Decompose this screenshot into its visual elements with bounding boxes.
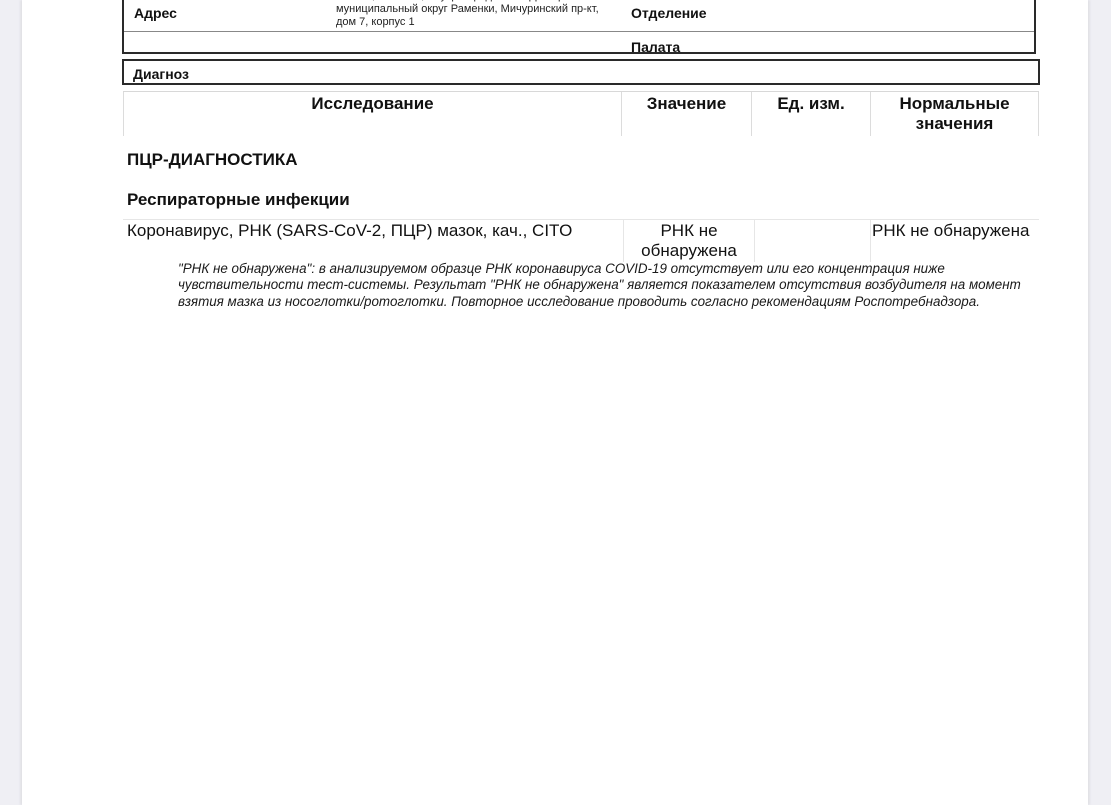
info-divider [124,31,1034,32]
address-value: 119602, Москва г, Внутригородская террит… [336,0,626,29]
column-header-reference: Нормальные значения [870,92,1039,136]
unit-cell [754,220,870,262]
reference-cell: РНК не обнаружена [870,220,1042,262]
patient-info-box: Адрес 119602, Москва г, Внутригородская … [122,0,1036,54]
address-label: Адрес [134,5,177,21]
ward-label: Палата [631,39,680,55]
result-note: "РНК не обнаружена": в анализируемом обр… [178,261,1038,310]
diagnosis-label: Диагноз [133,66,189,82]
value-cell: РНК не обнаружена [623,220,754,262]
column-header-unit: Ед. изм. [751,92,870,136]
test-name-cell: Коронавирус, РНК (SARS-CoV-2, ПЦР) мазок… [127,220,623,262]
subsection-title: Респираторные инфекции [127,190,350,210]
column-header-value: Значение [621,92,751,136]
diagnosis-box: Диагноз [122,59,1040,85]
address-line-3: дом 7, корпус 1 [336,16,626,29]
section-title: ПЦР-ДИАГНОСТИКА [127,150,298,170]
column-header-test: Исследование [123,92,621,136]
document-page: Адрес 119602, Москва г, Внутригородская … [22,0,1088,805]
department-label: Отделение [631,5,707,21]
results-table-header: Исследование Значение Ед. изм. Нормальны… [123,91,1039,136]
table-row: Коронавирус, РНК (SARS-CoV-2, ПЦР) мазок… [123,219,1039,262]
address-line-2: муниципальный округ Раменки, Мичуринский… [336,3,626,16]
